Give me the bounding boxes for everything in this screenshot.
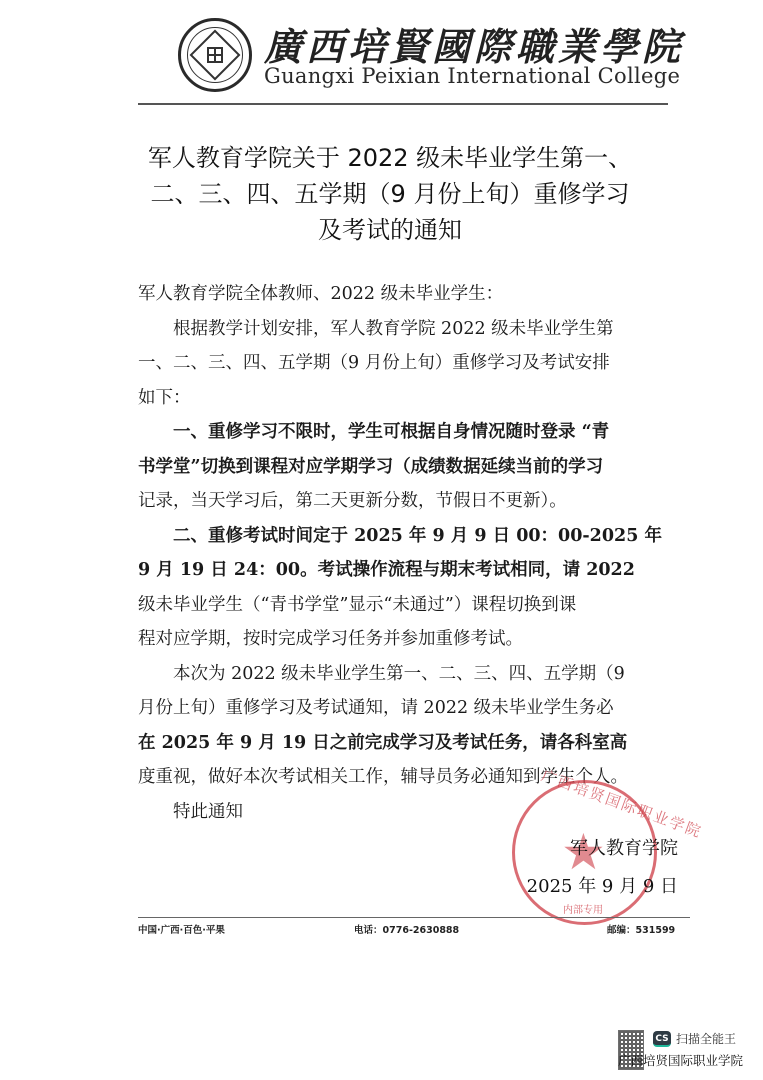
title-line: 二、三、四、五学期（9 月份上旬）重修学习	[120, 176, 660, 212]
footer-postcode: 邮编：531599	[607, 922, 675, 936]
footer: 中国·广西·百色·平果 电话：0776-2630888 邮编：531599	[138, 922, 690, 938]
scanner-app-name: 扫描全能王	[676, 1030, 736, 1047]
issuer: 军人教育学院	[510, 830, 678, 868]
signature-block: 军人教育学院 2025 年 9 月 9 日	[510, 830, 678, 906]
document-body: 军人教育学院全体教师、2022 级未毕业学生： 根据教学计划安排，军人教育学院 …	[138, 277, 668, 829]
college-name-en: Guangxi Peixian International College	[264, 64, 680, 88]
intro-paragraph: 根据教学计划安排，军人教育学院 2022 级未毕业学生第 一、二、三、四、五学期…	[138, 312, 668, 416]
document-title: 军人教育学院关于 2022 级未毕业学生第一、 二、三、四、五学期（9 月份上旬…	[120, 140, 660, 248]
title-line: 及考试的通知	[120, 212, 660, 248]
item-1-paragraph: 一、重修学习不限时，学生可根据自身情况随时登录 “青 书学堂”切换到课程对应学期…	[138, 415, 668, 519]
college-name-cn: 廣西培賢國際職業學院	[264, 16, 684, 71]
title-line: 军人教育学院关于 2022 级未毕业学生第一、	[120, 140, 660, 176]
camscanner-logo-icon: CS	[653, 1031, 671, 1047]
salutation: 军人教育学院全体教师、2022 级未毕业学生：	[138, 277, 668, 312]
closing-paragraph: 本次为 2022 级未毕业学生第一、二、三、四、五学期（9 月份上旬）重修学习及…	[138, 657, 668, 795]
footer-address: 中国·广西·百色·平果	[138, 922, 225, 936]
header-divider	[138, 103, 668, 105]
scanner-watermark: CS 扫描全能王 广西培贤国际职业学院	[608, 1026, 763, 1074]
item-2-paragraph: 二、重修考试时间定于 2025 年 9 月 9 日 00：00-2025 年 9…	[138, 519, 668, 657]
letterhead: 廣西培賢國際職業學院 Guangxi Peixian International…	[178, 14, 618, 94]
footer-phone: 电话：0776-2630888	[354, 922, 459, 936]
college-emblem-icon	[178, 18, 252, 92]
watermark-org: 广西培贤国际职业学院	[618, 1051, 743, 1069]
footer-divider	[138, 917, 690, 918]
issue-date: 2025 年 9 月 9 日	[510, 868, 678, 906]
